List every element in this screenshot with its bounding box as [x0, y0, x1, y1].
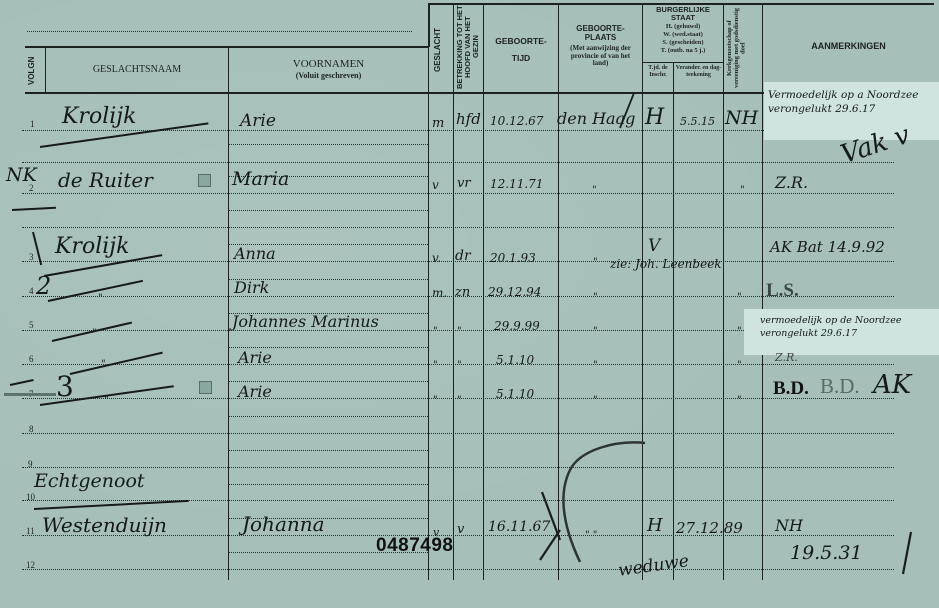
row5-aanmerkingen: vermoedelijk op de Noordzee verongelukt …: [760, 314, 936, 340]
stamp-number: 0487498: [376, 535, 453, 557]
row5-geboorteplaats: ": [593, 326, 598, 337]
row5-geboortetijd: 29.9.99: [494, 319, 540, 333]
echtgenoot-label: Echtgenoot: [34, 470, 145, 492]
col-divider-betrekking: [453, 3, 454, 580]
row11-kerk: NH: [775, 516, 803, 535]
row1-slash-icon: [612, 88, 672, 138]
header-geboorteplaats-2: PLAATS: [559, 34, 642, 43]
row4-achternaam: ": [98, 293, 103, 304]
row2-geslacht: v: [432, 178, 439, 192]
row12-stroke-icon: [897, 530, 917, 580]
row4-geboortetijd: 29.12.94: [488, 285, 541, 299]
row7-achternaam: ": [104, 395, 109, 406]
header-geboorteplaats-sub: (Met aanwijzing der provincie of van het…: [563, 45, 638, 68]
row5-achternaam: ": [92, 328, 97, 339]
header-geslachtsnaam: GESLACHTSNAAM: [46, 64, 228, 75]
header-top-border: [25, 46, 428, 48]
row1-betrekking: hfd: [456, 110, 481, 128]
row4-betrekking: zn: [455, 285, 470, 300]
row1-kerk: NH: [725, 107, 758, 129]
row4-mark-icon: 2: [36, 272, 51, 300]
top-dotted-line: [27, 31, 412, 32]
bd-stamp-dark: B.D.: [773, 378, 809, 400]
row7-geboorteplaats: ": [593, 395, 598, 406]
header-geboortetijd-2: TIJD: [484, 54, 558, 63]
row5-kerk: ": [737, 326, 742, 337]
row5-geslacht: ": [433, 326, 438, 337]
row6-kerk: ": [737, 360, 742, 371]
header-step: [428, 3, 430, 47]
row1-voornamen: Arie: [240, 111, 276, 131]
row6-voornamen: Arie: [238, 348, 272, 367]
row6-geboorteplaats: ": [593, 360, 598, 371]
row6-geslacht: ": [433, 360, 438, 371]
row6-achternaam: ": [101, 359, 106, 370]
row7-dash-mark: [10, 379, 34, 386]
header-bs-w: W. (wed.staat): [643, 31, 723, 38]
bd-stamp-light: B.D.: [820, 374, 860, 399]
row11-betrekking: v: [457, 522, 464, 537]
row-number: 6: [29, 354, 34, 364]
header-bs-verander: Verander. en dag-teekening: [674, 65, 723, 78]
row7-geslacht: ": [433, 395, 438, 406]
row2-kerk: ": [740, 185, 745, 196]
row4-voornamen: Dirk: [234, 278, 269, 297]
row-number: 8: [29, 424, 34, 434]
row2-geboortetijd: 12.11.71: [490, 177, 543, 191]
header-geboortetijd-1: GEBOORTE-: [484, 37, 558, 46]
row1-geboortetijd: 10.12.67: [490, 114, 543, 128]
row4-strikethrough: [48, 280, 143, 302]
row-number: 9: [28, 459, 33, 469]
row7-pencil-mark: [4, 393, 56, 396]
row7-prefix: 3: [56, 370, 74, 403]
row12-aanmerkingen: 19.5.31: [790, 542, 863, 564]
check-mark-icon: [520, 440, 680, 570]
header-bs-h: H. (gehuwd): [643, 23, 723, 30]
ls-stamp: L.S.: [766, 280, 799, 302]
row4-geslacht: m.: [432, 286, 447, 300]
row-number: 11: [26, 526, 35, 536]
row7-voornamen: Arie: [238, 382, 272, 401]
row2-prefix-underline: [12, 207, 56, 211]
row-number: 4: [29, 286, 34, 296]
header-kerkgenootschap: Kerkgenootschap of vereeniging met godsd…: [727, 5, 759, 91]
row11-verander: 27.12.89: [676, 519, 743, 537]
registration-card: VOLGN GESLACHTSNAAM VOORNAMEN (Voluit ge…: [0, 0, 939, 608]
header-aanmerkingen: AANMERKINGEN: [763, 42, 934, 52]
row2-betrekking: vr: [457, 176, 471, 191]
ak-initials: AK: [873, 370, 911, 400]
row7-checkbox-icon: [199, 381, 212, 394]
row6-geboortetijd: 5.1.10: [496, 353, 534, 367]
row7-kerk: ": [737, 395, 742, 406]
row3-bs-mark: V: [648, 236, 660, 256]
row4-kerk: ": [737, 292, 742, 303]
row3-geboorteplaats: ": [593, 257, 598, 268]
col-divider-geboortetijd: [483, 3, 484, 580]
row5-voornamen: Johannes Marinus: [232, 312, 379, 331]
row3-aanmerkingen: AK Bat 14.9.92: [770, 238, 885, 256]
row1-aanmerkingen: Vermoedelijk op a Noordzee verongelukt 2…: [768, 88, 936, 116]
row2-checkbox-icon: [198, 174, 211, 187]
row2-geboorteplaats: ": [592, 185, 597, 196]
header-bs-2: STAAT: [643, 14, 723, 22]
row-number: 3: [29, 252, 34, 262]
row5-betrekking: ": [457, 326, 462, 337]
row2-voornamen: Maria: [232, 168, 289, 190]
row2-aanmerkingen: Z.R.: [775, 173, 808, 192]
row3-betrekking: dr: [455, 248, 471, 264]
row11-voornamen: Johanna: [242, 512, 325, 536]
row-number: 12: [26, 560, 35, 570]
row7-geboortetijd: 5.1.10: [496, 387, 534, 401]
col-divider-kerk: [723, 3, 724, 580]
col-divider-voornamen-lower: [228, 180, 229, 580]
header-voornamen: VOORNAMEN: [229, 58, 428, 70]
header-voornamen-sub: (Voluit geschreven): [229, 72, 428, 81]
row4-geboorteplaats: ": [593, 292, 598, 303]
row2-achternaam: de Ruiter: [58, 168, 153, 192]
row3-geslacht: v.: [432, 251, 441, 265]
header-geslacht: GESLACHT: [434, 20, 442, 80]
row-number: 10: [26, 492, 35, 502]
header-bs-s: S. (gescheiden): [643, 39, 723, 46]
echtgenoot-underline: [34, 500, 189, 510]
row3-verander: zie: Joh. Leenbeek: [610, 257, 722, 271]
row7-betrekking: ": [457, 395, 462, 406]
row-number: 5: [29, 320, 34, 330]
row1-verander: 5.5.15: [680, 115, 715, 128]
row11-achternaam: Westenduijn: [42, 513, 167, 537]
header-volgn: VOLGN: [28, 55, 36, 87]
row2-prefix: NK: [6, 164, 37, 186]
row6-aanmerkingen: Z.R.: [775, 351, 798, 364]
header-bs-tijd: T.jd. de Inschr.: [643, 65, 673, 78]
header-betrekking: BETREKKING TOT HET HOOFD VAN HET GEZIN: [456, 5, 482, 89]
row3-geboortetijd: 20.1.93: [490, 251, 536, 265]
row1-achternaam: Krolijk: [62, 104, 136, 129]
row3-achternaam: Krolijk: [55, 234, 129, 259]
bs-sub-divider: [643, 62, 723, 63]
row-number: 1: [30, 119, 35, 129]
row1-geslacht: m: [432, 116, 444, 131]
col-divider-aanmerkingen: [762, 3, 763, 580]
header-bs-t: T. (outb. na 5 j.): [643, 47, 723, 54]
row3-voornamen: Anna: [234, 244, 276, 263]
row6-betrekking: ": [457, 360, 462, 371]
